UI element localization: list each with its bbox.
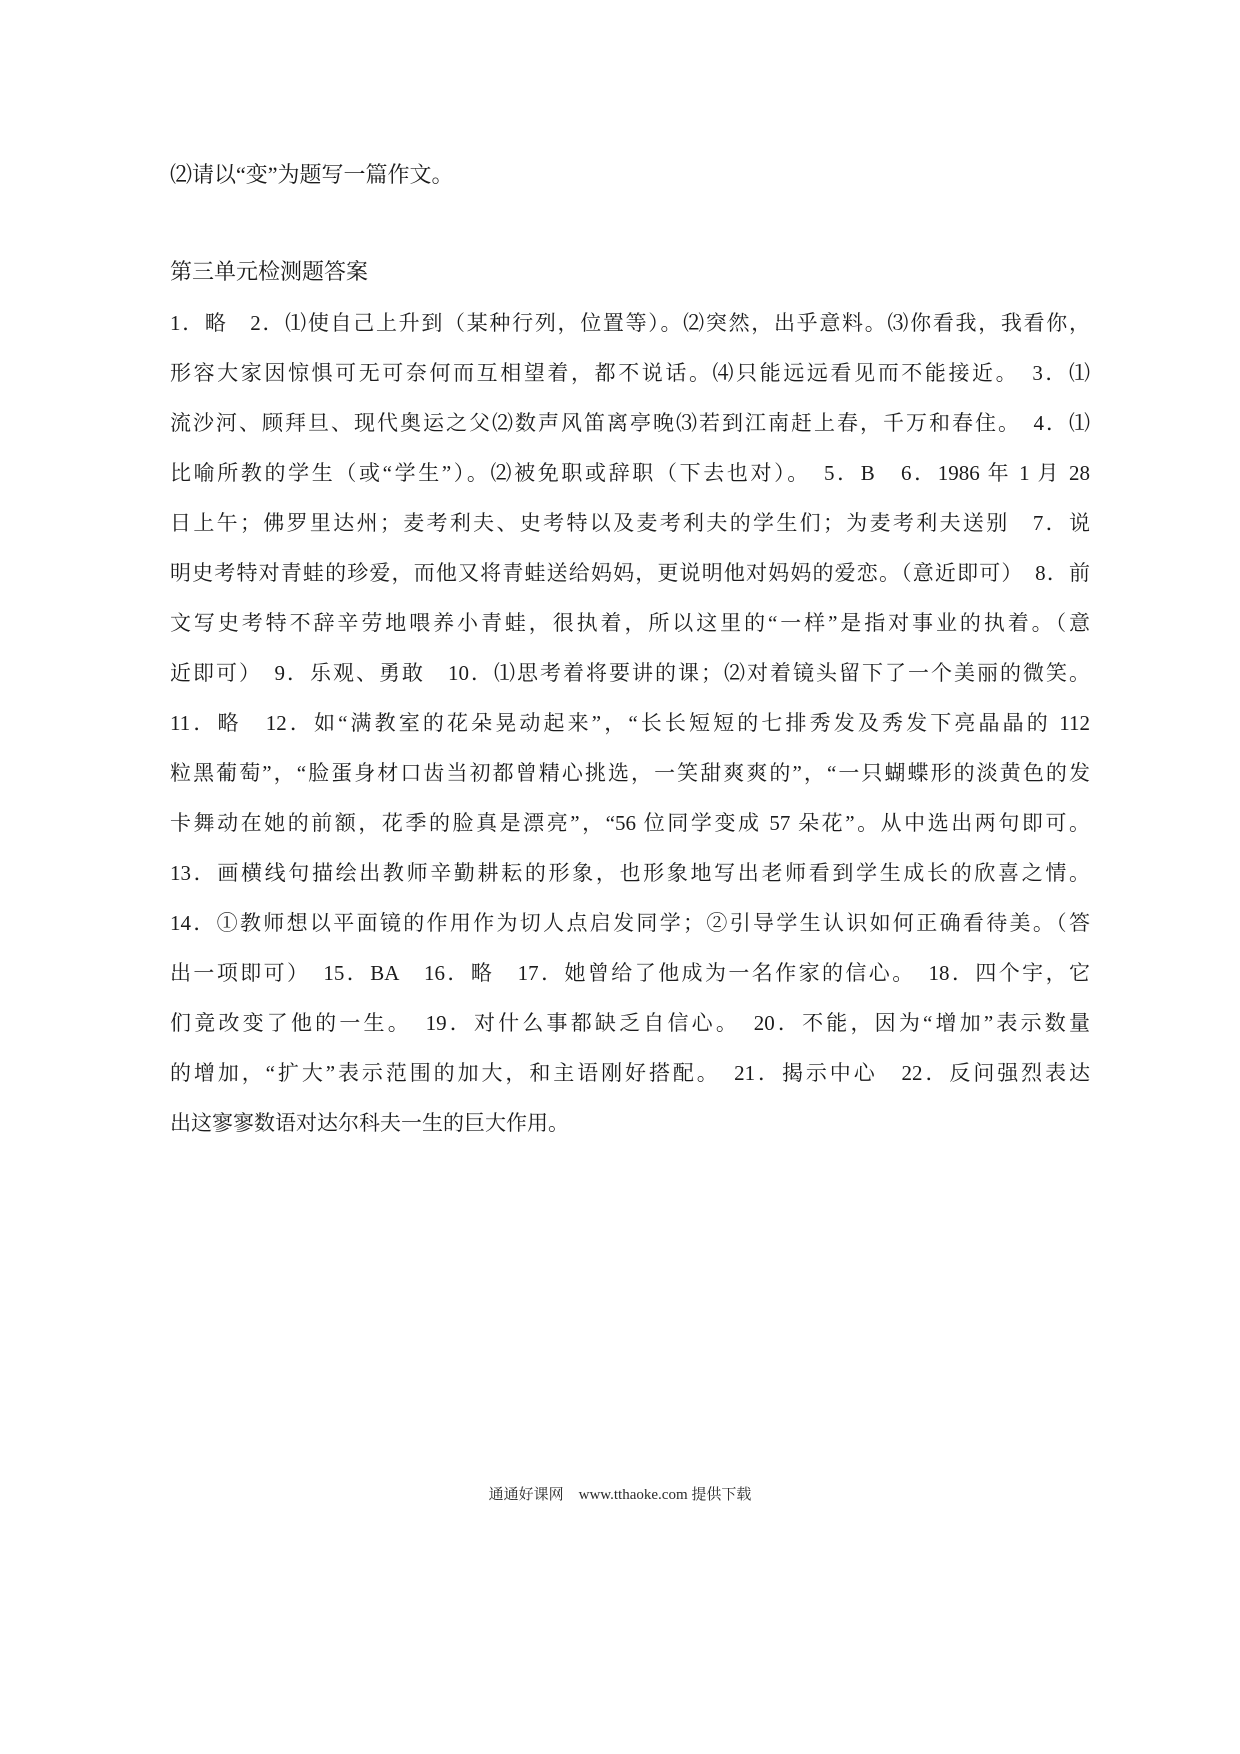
answer-line: 11．略 12．如“满教室的花朵晃动起来”，“长长短短的七排秀发及秀发下亮晶晶的… <box>170 698 1090 748</box>
answer-line: 形容大家因惊惧可无可奈何而互相望着，都不说话。⑷只能远远看见而不能接近。 3．⑴ <box>170 348 1090 398</box>
answer-line: 13．画横线句描绘出教师辛勤耕耘的形象，也形象地写出老师看到学生成长的欣喜之情。 <box>170 848 1090 898</box>
answer-key-body: 1．略 2．⑴使自己上升到（某种行列，位置等）。⑵突然，出乎意料。⑶你看我，我看… <box>170 298 1090 1148</box>
answer-line: 流沙河、顾拜旦、现代奥运之父⑵数声风笛离亭晚⑶若到江南赶上春，千万和春住。 4．… <box>170 398 1090 448</box>
answer-line: 文写史考特不辞辛劳地喂养小青蛙，很执着，所以这里的“一样”是指对事业的执着。（意 <box>170 598 1090 648</box>
answer-line: 14．①教师想以平面镜的作用作为切人点启发同学；②引导学生认识如何正确看待美。（… <box>170 898 1090 948</box>
site-footer-credit: 通通好课网 www.tthaoke.com 提供下载 <box>0 1483 1240 1504</box>
essay-prompt-line: ⑵请以“变”为题写一篇作文。 <box>170 160 1090 190</box>
section-title: 第三单元检测题答案 <box>170 257 1090 287</box>
answer-line: 卡舞动在她的前额，花季的脸真是漂亮”，“56 位同学变成 57 朵花”。从中选出… <box>170 798 1090 848</box>
document-page: ⑵请以“变”为题写一篇作文。 第三单元检测题答案 1．略 2．⑴使自己上升到（某… <box>0 0 1240 1754</box>
answer-line: 明史考特对青蛙的珍爱，而他又将青蛙送给妈妈，更说明他对妈妈的爱恋。（意近即可） … <box>170 548 1090 598</box>
answer-line: 的增加，“扩大”表示范围的加大，和主语刚好搭配。 21．揭示中心 22．反问强烈… <box>170 1048 1090 1098</box>
answer-line: 出这寥寥数语对达尔科夫一生的巨大作用。 <box>170 1098 1090 1148</box>
answer-line: 粒黑葡萄”，“脸蛋身材口齿当初都曾精心挑选，一笑甜爽爽的”，“一只蝴蝶形的淡黄色… <box>170 748 1090 798</box>
answer-line: 近即可） 9．乐观、勇敢 10．⑴思考着将要讲的课；⑵对着镜头留下了一个美丽的微… <box>170 648 1090 698</box>
answer-line: 们竟改变了他的一生。 19．对什么事都缺乏自信心。 20．不能，因为“增加”表示… <box>170 998 1090 1048</box>
answer-line: 比喻所教的学生（或“学生”）。⑵被免职或辞职（下去也对）。 5．B 6．1986… <box>170 448 1090 498</box>
answer-line: 出一项即可） 15．BA 16．略 17．她曾给了他成为一名作家的信心。 18．… <box>170 948 1090 998</box>
answer-line: 日上午；佛罗里达州；麦考利夫、史考特以及麦考利夫的学生们；为麦考利夫送别 7．说 <box>170 498 1090 548</box>
answer-line: 1．略 2．⑴使自己上升到（某种行列，位置等）。⑵突然，出乎意料。⑶你看我，我看… <box>170 298 1090 348</box>
